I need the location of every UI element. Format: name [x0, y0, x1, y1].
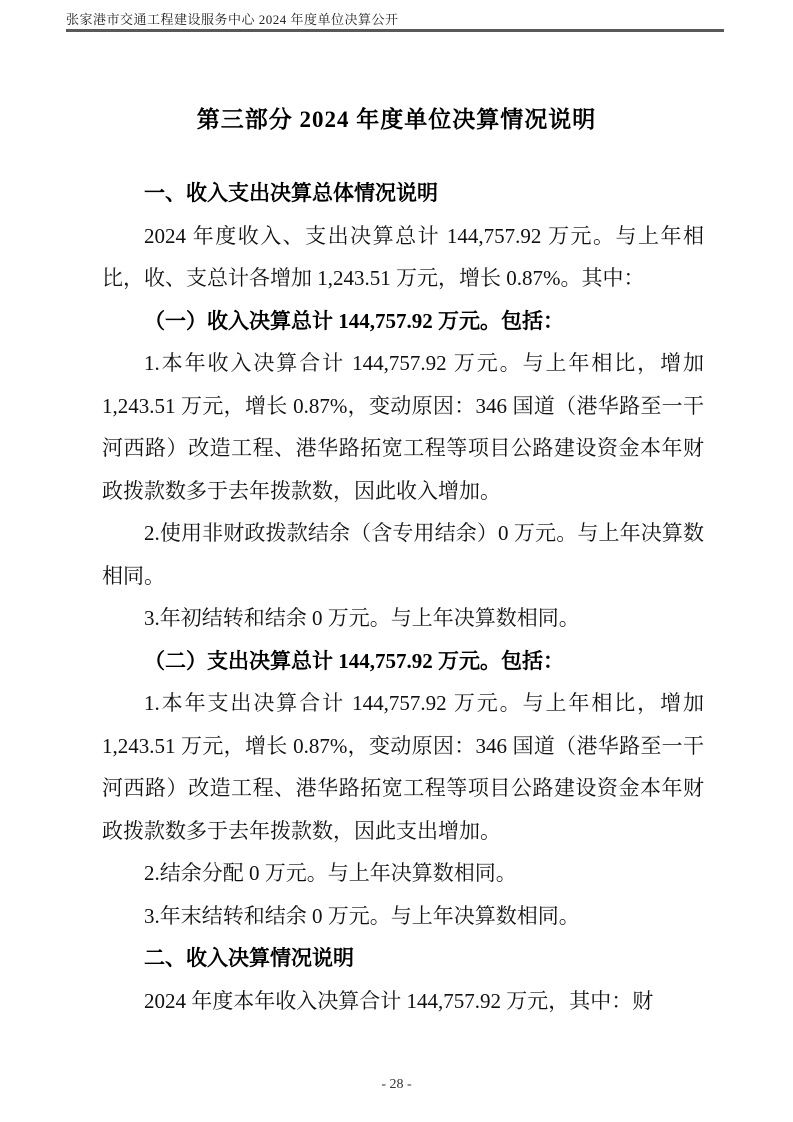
document-title: 第三部分 2024 年度单位决算情况说明 — [0, 103, 793, 136]
paragraph-income-statement-intro: 2024 年度本年收入决算合计 144,757.92 万元，其中：财 — [102, 980, 704, 1023]
paragraph-income-detail: 1.本年收入决算合计 144,757.92 万元。与上年相比，增加 1,243.… — [102, 342, 704, 512]
paragraph-surplus-distribution: 2.结余分配 0 万元。与上年决算数相同。 — [102, 852, 704, 895]
paragraph-total-overview: 2024 年度收入、支出决算总计 144,757.92 万元。与上年相比，收、支… — [102, 215, 704, 300]
paragraph-nonfiscal-carryover: 2.使用非财政拨款结余（含专用结余）0 万元。与上年决算数相同。 — [102, 512, 704, 597]
subsection-heading-income-total: （一）收入决算总计 144,757.92 万元。包括： — [102, 300, 704, 343]
subsection-heading-expense-total: （二）支出决算总计 144,757.92 万元。包括： — [102, 640, 704, 683]
paragraph-year-end-carryover: 3.年末结转和结余 0 万元。与上年决算数相同。 — [102, 895, 704, 938]
page-number: - 28 - — [0, 1076, 793, 1094]
page-header-text: 张家港市交通工程建设服务中心 2024 年度单位决算公开 — [66, 12, 724, 28]
paragraph-expense-detail: 1.本年支出决算合计 144,757.92 万元。与上年相比，增加 1,243.… — [102, 682, 704, 852]
section-heading-income-statement: 二、收入决算情况说明 — [102, 937, 704, 980]
section-heading-income-expense-overview: 一、收入支出决算总体情况说明 — [102, 172, 704, 215]
document-page: 张家港市交通工程建设服务中心 2024 年度单位决算公开 第三部分 2024 年… — [0, 0, 793, 1122]
document-body: 一、收入支出决算总体情况说明 2024 年度收入、支出决算总计 144,757.… — [102, 172, 704, 1022]
paragraph-year-begin-carryover: 3.年初结转和结余 0 万元。与上年决算数相同。 — [102, 597, 704, 640]
header-rule — [66, 29, 724, 32]
